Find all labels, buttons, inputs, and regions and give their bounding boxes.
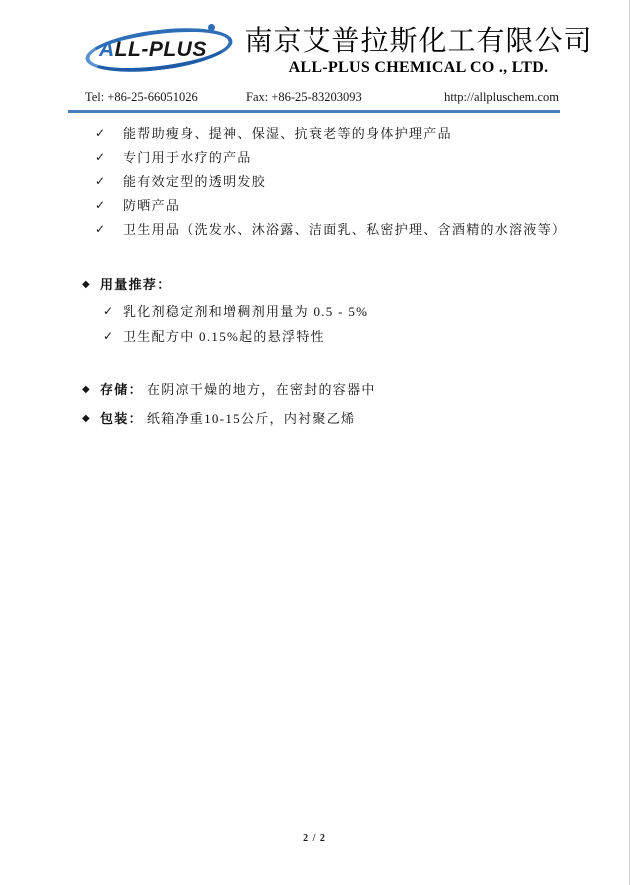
logo-dot-icon [208,24,215,31]
diamond-icon: ◆ [82,412,94,425]
contact-row: Tel: +86-25-66051026 Fax: +86-25-8320309… [85,90,559,105]
list-item-text: 能有效定型的透明发胶 [123,175,266,188]
letterhead: ALL-PLUS 南京艾普拉斯化工有限公司 ALL-PLUS CHEMICAL … [0,0,629,78]
section-storage: ◆ 存储： 在阴凉干燥的地方，在密封的容器中 [0,383,629,396]
section-text: 纸箱净重10-15公斤，内衬聚乙烯 [147,412,355,425]
contact-tel: Tel: +86-25-66051026 [85,90,246,105]
list-item-text: 卫生用品（洗发水、沐浴露、洁面乳、私密护理、含酒精的水溶液等） [123,223,566,236]
section-packaging: ◆ 包装： 纸箱净重10-15公斤，内衬聚乙烯 [0,412,629,425]
section-dosage-heading: ◆ 用量推荐： [0,278,629,291]
list-item: ✓ 卫生配方中 0.15%起的悬浮特性 [0,330,629,343]
list-item-text: 卫生配方中 0.15%起的悬浮特性 [123,330,325,343]
check-icon: ✓ [95,151,108,164]
company-name-en: ALL-PLUS CHEMICAL CO ., LTD. [243,59,594,77]
check-icon: ✓ [103,305,116,318]
list-item: ✓ 乳化剂稳定剂和增稠剂用量为 0.5 - 5% [0,305,629,318]
list-item-text: 能帮助瘦身、提神、保湿、抗衰老等的身体护理产品 [123,127,452,140]
section-text: 在阴凉干燥的地方，在密封的容器中 [147,383,376,396]
list-item-text: 乳化剂稳定剂和增稠剂用量为 0.5 - 5% [123,305,368,318]
page-number: 2 / 2 [0,833,629,844]
check-icon: ✓ [95,223,108,236]
diamond-icon: ◆ [82,278,94,291]
check-icon: ✓ [95,199,108,212]
header-divider [68,110,560,113]
company-logo: ALL-PLUS [85,22,243,78]
contact-fax: Fax: +86-25-83203093 [246,90,444,105]
document-page: ALL-PLUS 南京艾普拉斯化工有限公司 ALL-PLUS CHEMICAL … [0,0,630,885]
company-name-cn: 南京艾普拉斯化工有限公司 [243,26,594,58]
product-list: ✓ 能帮助瘦身、提神、保湿、抗衰老等的身体护理产品 ✓ 专门用于水疗的产品 ✓ … [0,127,629,236]
website-url: http://allpluschem.com [444,90,559,105]
list-item: ✓ 能有效定型的透明发胶 [0,175,629,188]
list-item: ✓ 卫生用品（洗发水、沐浴露、洁面乳、私密护理、含酒精的水溶液等） [0,223,629,236]
section-label: 包装： [100,412,143,425]
logo-text: ALL-PLUS [99,38,207,62]
section-label: 存储： [100,383,143,396]
list-item-text: 专门用于水疗的产品 [123,151,252,164]
check-icon: ✓ [103,330,116,343]
check-icon: ✓ [95,127,108,140]
check-icon: ✓ [95,175,108,188]
dosage-list: ✓ 乳化剂稳定剂和增稠剂用量为 0.5 - 5% ✓ 卫生配方中 0.15%起的… [0,305,629,343]
section-label: 用量推荐： [100,278,172,291]
list-item: ✓ 能帮助瘦身、提神、保湿、抗衰老等的身体护理产品 [0,127,629,140]
list-item-text: 防晒产品 [123,199,180,212]
list-item: ✓ 防晒产品 [0,199,629,212]
diamond-icon: ◆ [82,383,94,396]
company-titles: 南京艾普拉斯化工有限公司 ALL-PLUS CHEMICAL CO ., LTD… [243,22,594,77]
list-item: ✓ 专门用于水疗的产品 [0,151,629,164]
